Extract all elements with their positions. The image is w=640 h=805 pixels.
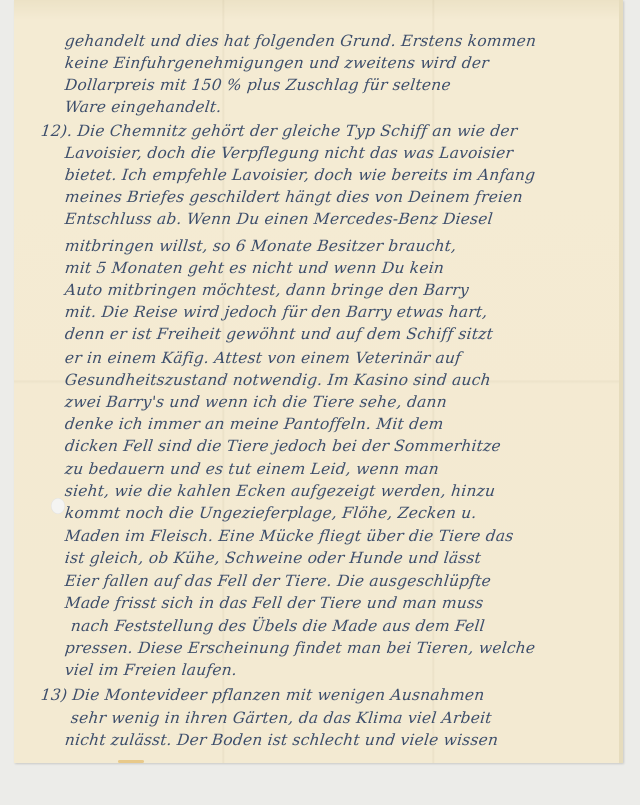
- handwritten-line: dicken Fell sind die Tiere jedoch bei de…: [64, 437, 502, 455]
- paper-stain: [118, 760, 144, 763]
- handwritten-line: Entschluss ab. Wenn Du einen Mercedes-Be…: [64, 210, 494, 228]
- handwritten-line: meines Briefes geschildert hängt dies vo…: [64, 188, 524, 206]
- handwritten-line: nach Feststellung des Übels die Made aus…: [70, 617, 486, 635]
- handwritten-line: keine Einfuhrgenehmigungen und zweitens …: [64, 54, 490, 72]
- handwritten-line: pressen. Diese Erscheinung findet man be…: [64, 639, 536, 657]
- handwritten-line: 12). Die Chemnitz gehört der gleiche Typ…: [40, 122, 518, 140]
- handwritten-line: sehr wenig in ihren Gärten, da das Klima…: [70, 709, 493, 727]
- handwritten-line: Ware eingehandelt.: [64, 98, 222, 116]
- handwritten-line: 13) Die Montevideer pflanzen mit wenigen…: [40, 686, 485, 704]
- handwritten-line: mit. Die Reise wird jedoch für den Barry…: [64, 303, 488, 321]
- handwritten-line: nicht zulässt. Der Boden ist schlecht un…: [64, 731, 499, 749]
- letter-page: gehandelt und dies hat folgenden Grund. …: [14, 0, 623, 763]
- handwritten-line: er in einem Käfig. Attest von einem Vete…: [64, 349, 462, 367]
- punch-hole: [51, 498, 65, 514]
- handwritten-line: kommt noch die Ungezieferplage, Flöhe, Z…: [64, 504, 478, 522]
- handwritten-line: sieht, wie die kahlen Ecken aufgezeigt w…: [64, 482, 496, 500]
- handwritten-line: Made frisst sich in das Fell der Tiere u…: [64, 594, 484, 612]
- handwritten-line: Auto mitbringen möchtest, dann bringe de…: [64, 281, 470, 299]
- handwritten-line: mitbringen willst, so 6 Monate Besitzer …: [64, 237, 457, 255]
- handwritten-line: Dollarpreis mit 150 % plus Zuschlag für …: [64, 76, 452, 94]
- handwritten-line: zwei Barry's und wenn ich die Tiere sehe…: [64, 393, 448, 411]
- handwritten-line: denn er ist Freiheit gewöhnt und auf dem…: [64, 325, 494, 343]
- handwritten-line: mit 5 Monaten geht es nicht und wenn Du …: [64, 259, 445, 277]
- handwritten-line: zu bedauern und es tut einem Leid, wenn …: [64, 460, 440, 478]
- handwritten-line: Maden im Fleisch. Eine Mücke fliegt über…: [64, 527, 514, 545]
- handwritten-line: ist gleich, ob Kühe, Schweine oder Hunde…: [64, 549, 482, 567]
- handwritten-line: Lavoisier, doch die Verpflegung nicht da…: [64, 144, 514, 162]
- handwritten-line: denke ich immer an meine Pantoffeln. Mit…: [64, 415, 444, 433]
- handwritten-line: Eier fallen auf das Fell der Tiere. Die …: [64, 572, 492, 590]
- handwritten-line: gehandelt und dies hat folgenden Grund. …: [64, 32, 537, 50]
- handwritten-line: Gesundheitszustand notwendig. Im Kasino …: [64, 371, 492, 389]
- handwritten-line: viel im Freien laufen.: [64, 661, 238, 679]
- handwritten-line: bietet. Ich empfehle Lavoisier, doch wie…: [64, 166, 536, 184]
